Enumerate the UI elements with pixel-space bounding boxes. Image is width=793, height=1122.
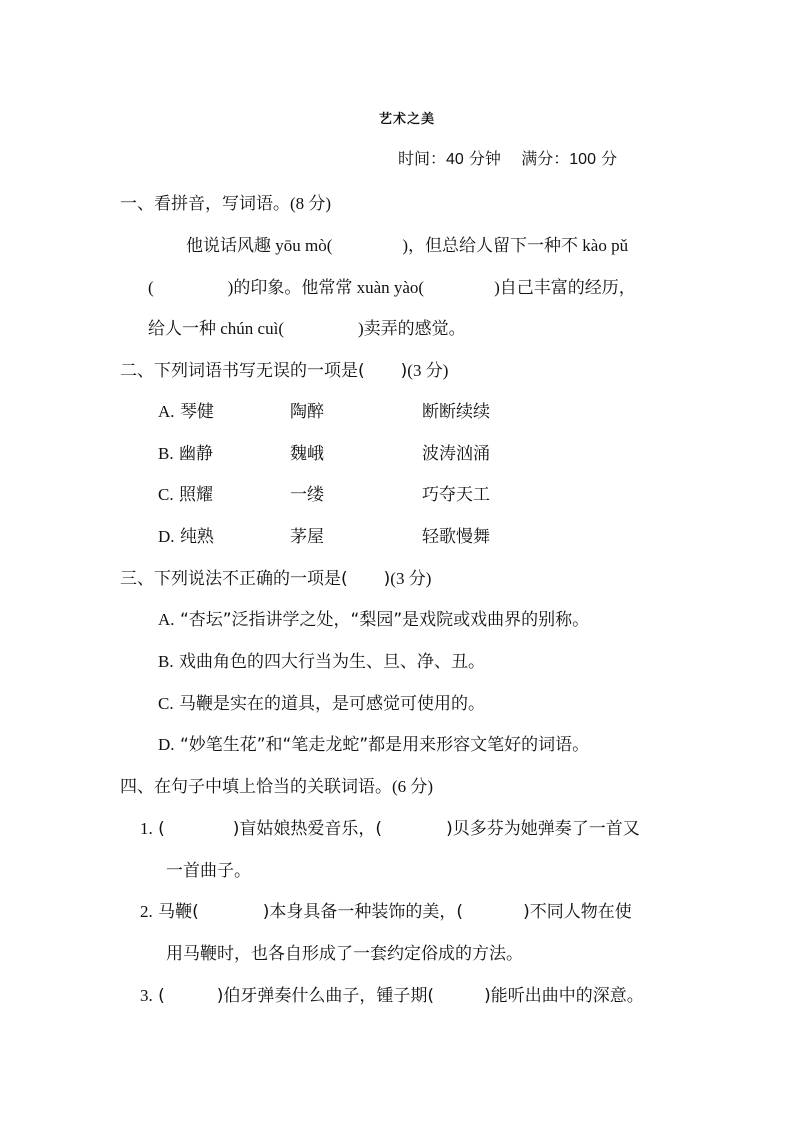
text: )盲姑娘热爱音乐，( <box>233 819 382 839</box>
s1-line-3: 给人一种 chún cuì()卖弄的感觉。 <box>148 314 466 339</box>
section-points: (6 分) <box>392 777 433 796</box>
option-label: D. <box>158 735 175 754</box>
section-heading-text: 四、在句子中填上恰当的关联词语。 <box>120 777 392 797</box>
page-title: 艺术之美 <box>379 108 435 127</box>
option-b[interactable]: B. 幽静 <box>158 439 213 464</box>
section-points: (8 分) <box>290 194 331 213</box>
text: ( <box>158 986 165 1006</box>
text: 马鞭( <box>158 902 199 922</box>
option-label: B. <box>158 444 174 463</box>
text: )，但总给人留下一种不 kào pǔ <box>402 236 628 255</box>
item-number: 2. <box>140 902 153 921</box>
score-value: 100 <box>569 151 596 168</box>
s1-line-2: ()的印象。他常常 xuàn yào()自己丰富的经历， <box>148 273 636 298</box>
text: )不同人物在使 <box>523 902 632 922</box>
time-unit: 分钟 <box>469 149 501 168</box>
option-word: 茅屋 <box>290 522 324 547</box>
section-2-heading: 二、下列词语书写无误的一项是()(3 分) <box>120 356 448 381</box>
score-label: 满分： <box>521 149 569 168</box>
item-number: 1. <box>140 819 153 838</box>
s3-option-d[interactable]: D. “妙笔生花”和“笔走龙蛇”都是用来形容文笔好的词语。 <box>158 730 589 755</box>
text: )自己丰富的经历， <box>494 278 636 297</box>
s1-line-1: 他说话风趣 yōu mò()，但总给人留下一种不 kào pǔ <box>186 231 628 256</box>
option-d[interactable]: D. 纯熟 <box>158 522 214 547</box>
option-word: 幽静 <box>179 444 213 464</box>
text: )卖弄的感觉。 <box>358 319 466 338</box>
section-4-heading: 四、在句子中填上恰当的关联词语。(6 分) <box>120 772 433 797</box>
time-value: 40 <box>446 151 464 168</box>
text: )贝多芬为她弹奏了一首又 <box>446 819 640 839</box>
option-word: 巧夺天工 <box>422 480 490 505</box>
section-heading-text: 一、看拼音，写词语。 <box>120 194 290 214</box>
option-label: C. <box>158 485 174 504</box>
s3-option-b[interactable]: B. 戏曲角色的四大行当为生、旦、净、丑。 <box>158 647 485 672</box>
option-word: 波涛汹涌 <box>422 439 490 464</box>
s4-item-1-line-1: 1. ()盲姑娘热爱音乐，()贝多芬为她弹奏了一首又 <box>140 814 640 839</box>
option-text: 戏曲角色的四大行当为生、旦、净、丑。 <box>179 652 485 672</box>
text: ( <box>148 278 154 297</box>
text: 他说话风趣 yōu mò( <box>186 236 332 255</box>
section-1-heading: 一、看拼音，写词语。(8 分) <box>120 189 331 214</box>
option-label: B. <box>158 652 174 671</box>
time-label: 时间： <box>398 149 446 168</box>
option-word: 断断续续 <box>422 397 490 422</box>
option-word: 纯熟 <box>180 527 214 547</box>
s3-option-a[interactable]: A. “杏坛”泛指讲学之处，“梨园”是戏院或戏曲界的别称。 <box>158 605 589 630</box>
option-a[interactable]: A. 琴健 <box>158 397 214 422</box>
s4-item-3-line-1: 3. ()伯牙弹奏什么曲子，锺子期()能听出曲中的深意。 <box>140 981 644 1006</box>
section-points: (3 分) <box>407 361 448 380</box>
s4-item-1-line-2: 一首曲子。 <box>166 856 251 881</box>
option-word: 一缕 <box>290 480 324 505</box>
option-word: 陶醉 <box>290 397 324 422</box>
section-heading-text: 三、下列说法不正确的一项是( <box>120 569 348 589</box>
s4-item-2-line-2: 用马鞭时，也各自形成了一套约定俗成的方法。 <box>166 939 523 964</box>
text: )伯牙弹奏什么曲子，锺子期( <box>217 986 434 1006</box>
option-word: 照耀 <box>179 485 213 505</box>
option-text: 马鞭是实在的道具，是可感觉可使用的。 <box>179 694 485 714</box>
text: )的印象。他常常 xuàn yào( <box>228 278 424 297</box>
section-points: (3 分) <box>390 569 431 588</box>
exam-meta: 时间：40 分钟 满分：100 分 <box>398 146 617 169</box>
section-heading-text: 二、下列词语书写无误的一项是( <box>120 361 365 381</box>
option-label: A. <box>158 610 175 629</box>
text: ( <box>158 819 165 839</box>
text: )能听出曲中的深意。 <box>484 986 644 1006</box>
option-label: D. <box>158 527 175 546</box>
option-word: 琴健 <box>180 402 214 422</box>
s3-option-c[interactable]: C. 马鞭是实在的道具，是可感觉可使用的。 <box>158 689 485 714</box>
section-3-heading: 三、下列说法不正确的一项是()(3 分) <box>120 564 431 589</box>
option-word: 魏峨 <box>290 439 324 464</box>
option-word: 轻歌慢舞 <box>422 522 490 547</box>
s4-item-2-line-1: 2. 马鞭()本身具备一种装饰的美，()不同人物在使 <box>140 897 632 922</box>
text: )本身具备一种装饰的美，( <box>263 902 463 922</box>
option-label: C. <box>158 694 174 713</box>
item-number: 3. <box>140 986 153 1005</box>
text: 给人一种 chún cuì( <box>148 319 284 338</box>
option-text: “杏坛”泛指讲学之处，“梨园”是戏院或戏曲界的别称。 <box>180 610 589 630</box>
option-c[interactable]: C. 照耀 <box>158 480 213 505</box>
option-text: “妙笔生花”和“笔走龙蛇”都是用来形容文笔好的词语。 <box>180 735 589 755</box>
score-unit: 分 <box>601 149 617 168</box>
option-label: A. <box>158 402 175 421</box>
